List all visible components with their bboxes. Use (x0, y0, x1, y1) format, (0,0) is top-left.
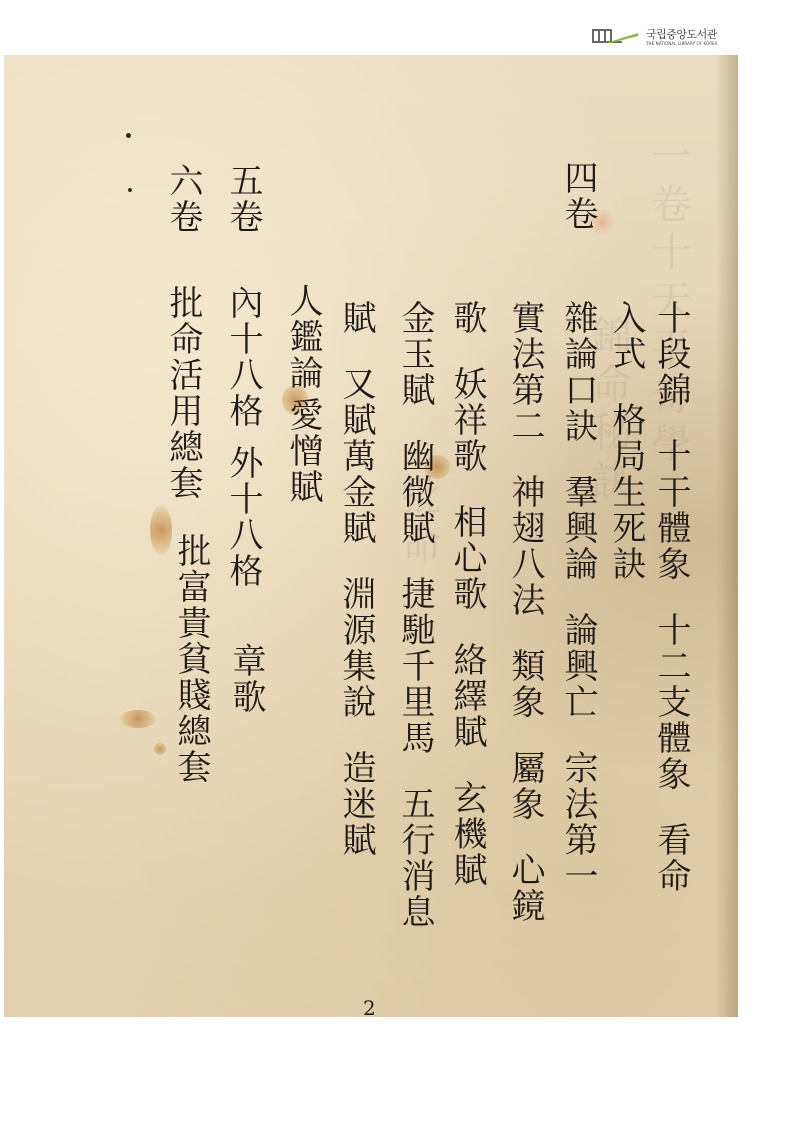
toc-column-1: 十段錦十干體象十二支體象看命 (654, 300, 688, 894)
toc-entry: 實法第二 (505, 300, 545, 444)
volume-heading-5: 五卷 (226, 163, 260, 235)
toc-entry: 十干體象 (651, 438, 691, 582)
toc-entry: 內十八格 (223, 285, 263, 429)
toc-entry: 歌 (447, 300, 487, 336)
toc-entry: 入式 (606, 300, 646, 372)
ink-dot (126, 133, 131, 138)
toc-entry: 相心歌 (447, 504, 487, 612)
toc-column-5: 歌妖祥歌相心歌絡繹賦玄機賦 (450, 300, 484, 888)
volume-heading-6: 六卷 (166, 163, 200, 235)
toc-entry: 造迷賦 (336, 750, 376, 858)
toc-entry: 章歌 (226, 643, 266, 715)
library-logo: 국립중앙도서관 THE NATIONAL LIBRARY OF KOREA (592, 26, 732, 48)
ink-dot (128, 188, 132, 192)
stain (120, 710, 156, 728)
toc-column-2: 入式格局生死訣 (609, 300, 643, 582)
page-number: 2 (363, 996, 376, 1020)
toc-entry: 淵源集說 (336, 576, 376, 720)
toc-entry: 羣興論 (558, 474, 598, 582)
toc-entry: 雜論口訣 (558, 300, 598, 444)
toc-entry: 捷馳千里馬 (395, 576, 435, 756)
stain (154, 743, 166, 755)
stain (150, 505, 172, 555)
toc-entry: 看命 (651, 822, 691, 894)
toc-column-9b: 章歌 (229, 643, 263, 715)
toc-column-6: 金玉賦幽微賦捷馳千里馬五行消息 (398, 300, 432, 930)
library-name-korean: 국립중앙도서관 (646, 29, 718, 40)
library-name-english: THE NATIONAL LIBRARY OF KOREA (646, 42, 718, 46)
toc-entry: 妖祥歌 (447, 366, 487, 474)
toc-entry: 十二支體象 (651, 612, 691, 792)
toc-entry: 幽微賦 (395, 438, 435, 546)
toc-column-10: 批命活用總套 (166, 285, 200, 501)
toc-column-3: 雜論口訣羣興論論興亡宗法第一 (561, 300, 595, 894)
toc-entry: 五行消息 (395, 786, 435, 930)
toc-entry: 賦 (336, 300, 376, 336)
toc-column-10b: 批富貴貧賤總套 (174, 533, 208, 785)
toc-entry: 宗法第一 (558, 750, 598, 894)
toc-entry: 批富貴貧賤總套 (171, 533, 211, 785)
toc-entry: 神翅八法 (505, 474, 545, 618)
toc-entry: 格局生死訣 (606, 402, 646, 582)
toc-entry: 類象 (505, 648, 545, 720)
toc-entry: 愛憎賦 (283, 397, 323, 505)
scanned-page: 一卷十天平奇學 錦命秘訣 批命 十段錦十干體象十二支體象看命 入式格局生死訣 四… (4, 55, 738, 1017)
toc-entry: 金玉賦 (395, 300, 435, 408)
toc-entry: 玄機賦 (447, 780, 487, 888)
toc-entry: 批命活用總套 (163, 285, 203, 501)
toc-entry: 絡繹賦 (447, 642, 487, 750)
toc-column-9: 內十八格外十八格 (226, 285, 260, 589)
toc-entry: 人鑑論 (283, 283, 323, 391)
national-library-logo-icon (592, 27, 642, 47)
toc-entry: 外十八格 (223, 445, 263, 589)
toc-column-4: 實法第二神翅八法類象屬象心鏡 (508, 300, 542, 924)
toc-entry: 屬象 (505, 750, 545, 822)
volume-heading-4: 四卷 (561, 160, 595, 232)
toc-entry: 心鏡 (505, 852, 545, 924)
toc-entry: 論興亡 (558, 612, 598, 720)
toc-column-7: 賦又賦萬金賦淵源集說造迷賦 (339, 300, 373, 858)
toc-column-8: 人鑑論愛憎賦 (286, 283, 320, 505)
toc-entry: 又賦萬金賦 (336, 366, 376, 546)
toc-entry: 十段錦 (651, 300, 691, 408)
